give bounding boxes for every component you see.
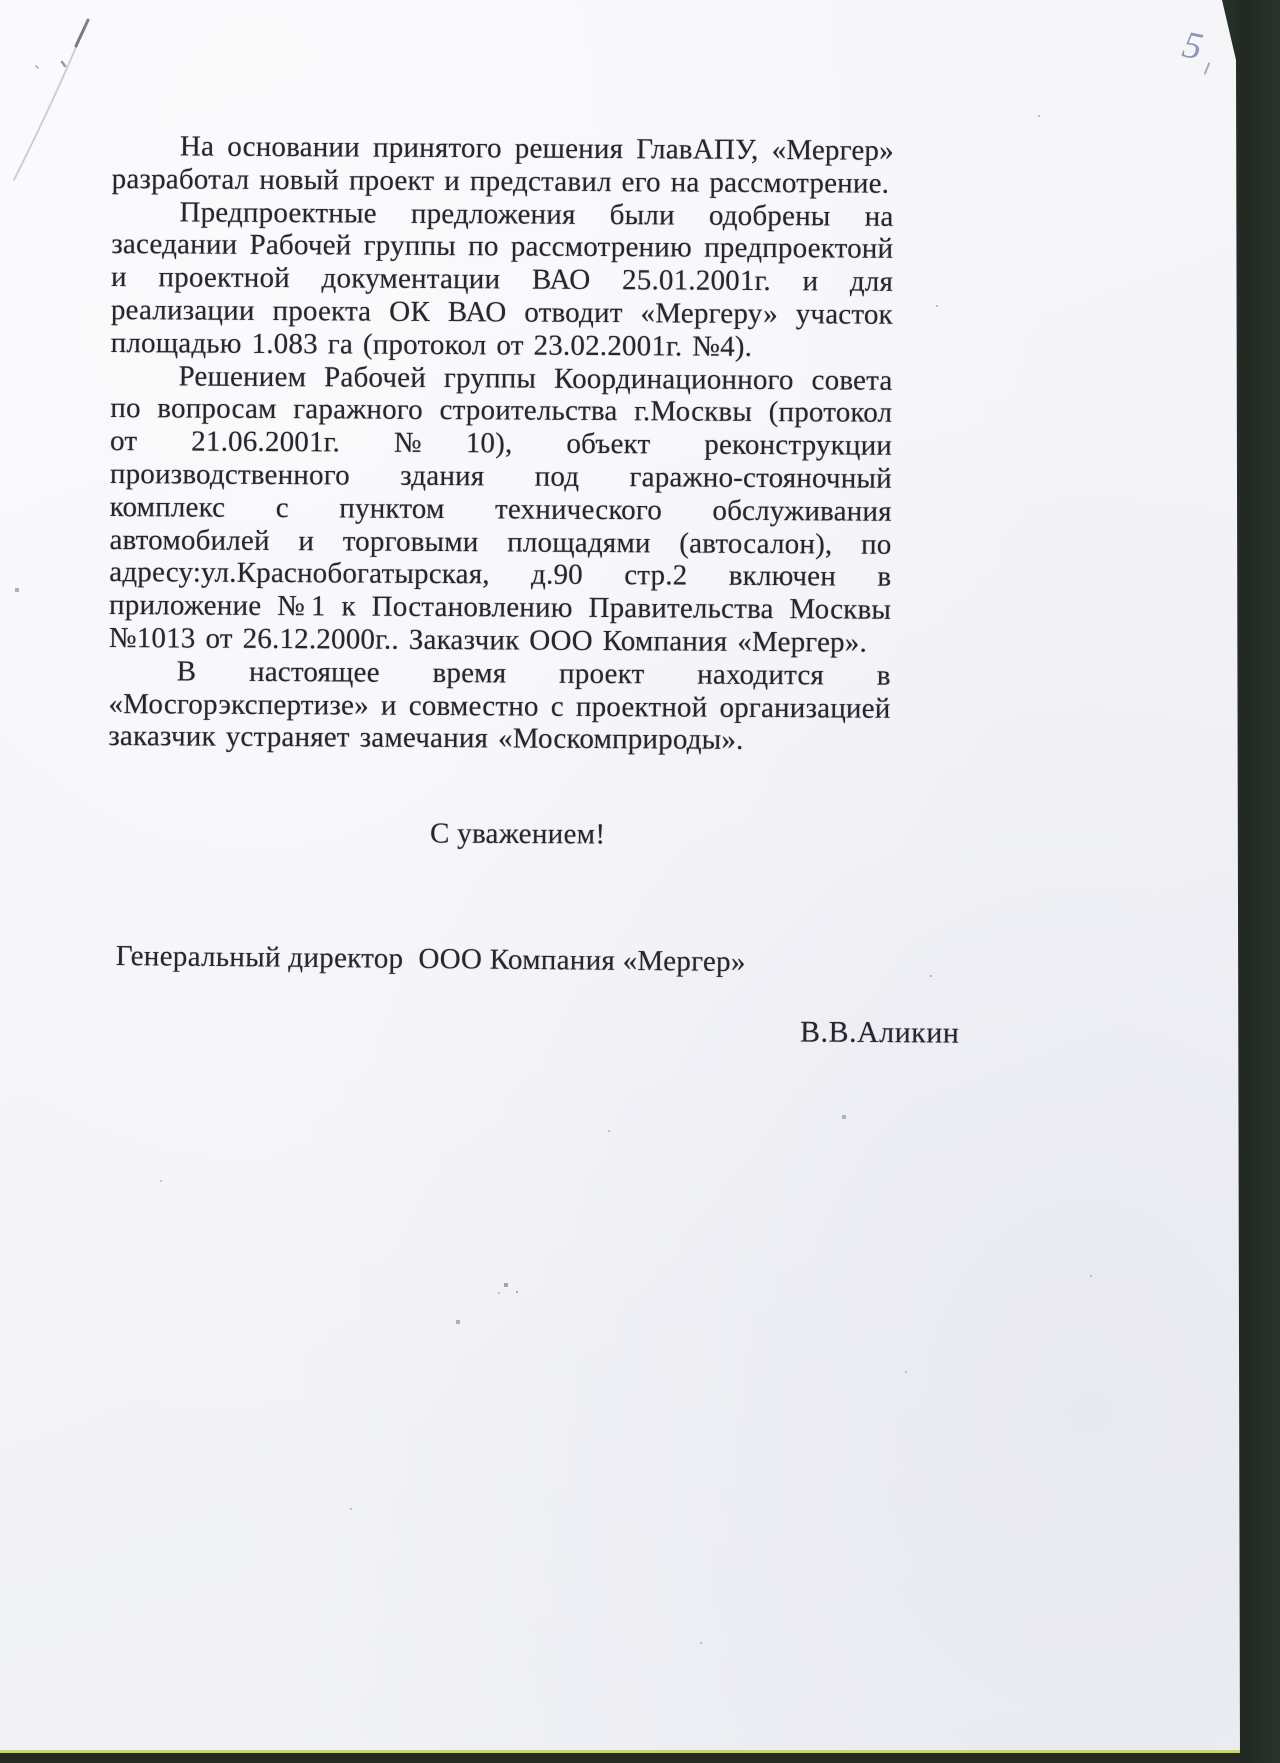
- handwritten-page-number: 5: [1179, 23, 1207, 70]
- letter-paragraph-2: Предпроектные предложения были одобрены …: [111, 196, 894, 365]
- signature-name: В.В.Аликин: [800, 1015, 960, 1050]
- letter-paragraph-1: На основании принятого решения ГлавАПУ, …: [112, 130, 894, 200]
- scan-edge-bottom: [0, 1750, 1280, 1763]
- signature-role-line: Генеральный директор ООО Компания «Мерге…: [116, 940, 746, 979]
- scan-dust-specks: [0, 0, 2, 2]
- handwritten-tick-mark: [1204, 62, 1211, 75]
- scan-edge-right: [1222, 0, 1280, 1763]
- scanned-letter-page: 5 На основании принятого решения ГлавАПУ…: [0, 0, 1280, 1763]
- closing-salutation: С уважением!: [430, 818, 605, 852]
- letter-paragraph-3: Решением Рабочей группы Координационного…: [109, 360, 893, 660]
- letter-paragraph-4: В настоящее время проект находится в «Мо…: [108, 655, 891, 758]
- letter-body: На основании принятого решения ГлавАПУ, …: [108, 130, 894, 758]
